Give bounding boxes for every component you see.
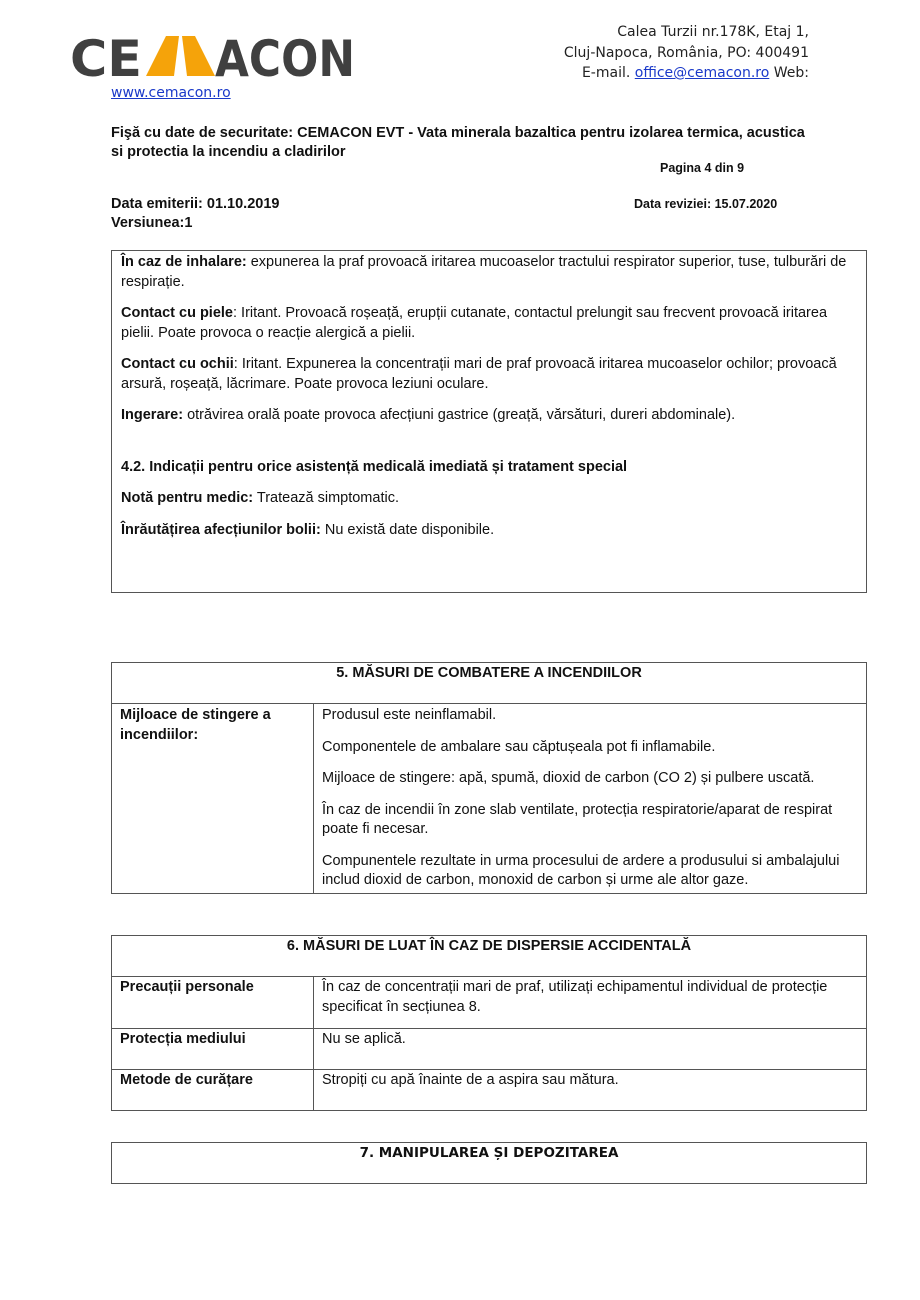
section-5-title: 5. MĂSURI DE COMBATERE A INCENDIILOR [112, 663, 867, 704]
personal-precautions-label: Precauții personale [112, 977, 314, 1029]
extinguishing-media-value: Produsul este neinflamabil. Componentele… [314, 704, 867, 894]
web-label: Web: [774, 65, 809, 81]
personal-precautions-value: În caz de concentrații mari de praf, uti… [314, 977, 867, 1029]
company-address: Calea Turzii nr.178K, Etaj 1, Cluj-Napoc… [564, 22, 809, 84]
section-4-box: În caz de inhalare: expunerea la praf pr… [111, 250, 867, 593]
environmental-protection-value: Nu se aplică. [314, 1029, 867, 1070]
logo-m-left-shape [146, 36, 179, 76]
email-link[interactable]: office@cemacon.ro [635, 65, 770, 81]
first-aid-skin: Contact cu piele: Iritant. Provoacă roșe… [121, 304, 857, 343]
extinguishing-media-label: Mijloace de stingere a incendiilor: [112, 704, 314, 894]
website-link[interactable]: www.cemacon.ro [111, 85, 231, 101]
section-7-title: 7. MANIPULAREA ȘI DEPOZITAREA [112, 1143, 867, 1184]
document-title: Fişă cu date de securitate: CEMACON EVT … [111, 124, 811, 162]
cleanup-methods-value: Stropiți cu apă înainte de a aspira sau … [314, 1070, 867, 1111]
table-row: Mijloace de stingere a incendiilor: Prod… [112, 704, 867, 894]
revision-date: Data reviziei: 15.07.2020 [634, 197, 777, 211]
table-row: Precauții personale În caz de concentraț… [112, 977, 867, 1029]
address-line-1: Calea Turzii nr.178K, Etaj 1, [564, 22, 809, 43]
page-number: Pagina 4 din 9 [660, 161, 744, 175]
table-row: Metode de curățare Stropiți cu apă înain… [112, 1070, 867, 1111]
logo-text-right: ACON [215, 36, 355, 78]
logo-m-right-shape [182, 36, 215, 76]
address-line-2: Cluj-Napoca, România, PO: 400491 [564, 43, 809, 64]
cemacon-logo: CE ACON [70, 36, 356, 78]
table-row: Protecția mediului Nu se aplică. [112, 1029, 867, 1070]
note-for-doctor: Notă pentru medic: Tratează simptomatic. [121, 489, 857, 509]
section-5-table: 5. MĂSURI DE COMBATERE A INCENDIILOR Mij… [111, 662, 867, 894]
first-aid-eyes: Contact cu ochii: Iritant. Expunerea la … [121, 355, 857, 394]
version: Versiunea:1 [111, 214, 279, 233]
issue-date: Data emiterii: 01.10.2019 [111, 195, 279, 214]
first-aid-ingestion: Ingerare: otrăvirea orală poate provoca … [121, 406, 857, 426]
issue-info: Data emiterii: 01.10.2019 Versiunea:1 [111, 195, 279, 233]
logo-text-left: CE [70, 36, 142, 78]
environmental-protection-label: Protecția mediului [112, 1029, 314, 1070]
section-6-title: 6. MĂSURI DE LUAT ÎN CAZ DE DISPERSIE AC… [112, 936, 867, 977]
section-7-table: 7. MANIPULAREA ȘI DEPOZITAREA [111, 1142, 867, 1184]
section-6-table: 6. MĂSURI DE LUAT ÎN CAZ DE DISPERSIE AC… [111, 935, 867, 1111]
address-line-3: E-mail. office@cemacon.ro Web: [564, 63, 809, 84]
first-aid-inhalation: În caz de inhalare: expunerea la praf pr… [121, 253, 857, 292]
email-label: E-mail. [582, 65, 630, 81]
cleanup-methods-label: Metode de curățare [112, 1070, 314, 1111]
aggravated-conditions: Înrăutățirea afecțiunilor bolii: Nu exis… [121, 521, 857, 541]
section-4-2-heading: 4.2. Indicații pentru orice asistență me… [121, 458, 857, 478]
